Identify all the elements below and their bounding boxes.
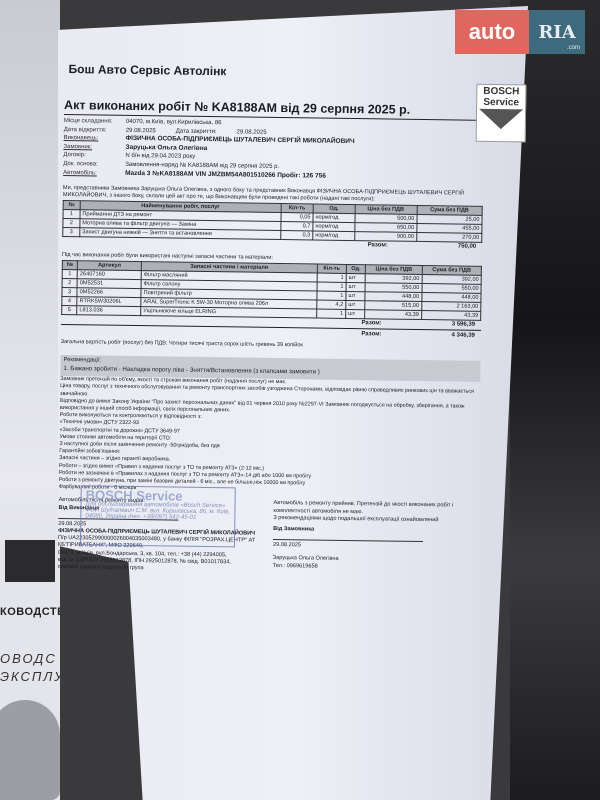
executor-tax: платник єдиного податку ІІІ група <box>58 564 263 574</box>
bosch-emblem-icon <box>479 109 523 130</box>
table-cell: шт <box>346 283 366 292</box>
watermark-ria: RIA.com <box>529 10 585 54</box>
table-cell: 1 <box>317 282 346 291</box>
table-cell: 4 <box>62 297 77 306</box>
works-table: №Найменування робіт, послугКіл-тьОд.Ціна… <box>62 200 482 243</box>
table-cell: 900,00 <box>354 232 416 242</box>
table-cell: 0,7 <box>281 222 313 231</box>
table-cell: шт <box>346 274 366 283</box>
terms-list: Замовник претензій по об'єму, якості та … <box>59 376 481 497</box>
company-name: Бош Авто Сервіс Автолінк <box>68 62 484 82</box>
table-cell: 1 <box>63 210 80 219</box>
column-header: Кіл-ть <box>317 264 346 273</box>
table-cell: 43,39 <box>421 311 480 321</box>
table-cell: 0,05 <box>281 213 313 222</box>
parts-table: №АртикулЗапасні частини і матеріалиКіл-т… <box>61 260 482 321</box>
table-cell: 1 <box>316 309 345 318</box>
customer-date: 29.08.2025 <box>273 542 478 552</box>
table-cell: 1 <box>317 273 346 282</box>
logo-line2: Service <box>477 97 525 109</box>
table-cell: 3 <box>62 288 77 297</box>
table-cell: 2 <box>63 219 80 228</box>
table-cell: 43,39 <box>365 310 421 320</box>
table-cell: L813.036 <box>77 306 141 316</box>
acquainted-text: З рекомендаціями щодо подальшої експлуат… <box>273 515 478 525</box>
watermark-auto: auto <box>455 10 529 54</box>
column-header: № <box>62 261 77 270</box>
table-cell: 2 <box>62 279 77 288</box>
table-cell: норм/год <box>313 231 355 241</box>
manual-subtitle: ОВОДС ЭКСПЛУАТА <box>0 650 60 686</box>
table-cell: 1 <box>317 291 346 300</box>
manual-logo-block <box>5 540 55 582</box>
table-cell: 3 <box>63 228 80 237</box>
table-cell: Ущільнююче кільце ELRING <box>141 307 317 318</box>
autoria-watermark: auto RIA.com <box>455 10 590 54</box>
manual-car-image <box>0 700 60 800</box>
column-header: № <box>63 201 80 210</box>
document-meta: Місце складання:04070, м.Київ, вул.Кирил… <box>63 117 484 183</box>
act-document: Бош Авто Сервіс Автолінк Акт виконаних р… <box>58 40 485 577</box>
table-cell: шт <box>346 292 366 301</box>
bosch-service-logo: BOSCH Service <box>476 84 527 143</box>
table-cell: 1 <box>62 270 77 279</box>
customer-phone: Тел.: 0969619658 <box>273 563 478 573</box>
table-cell: 0,3 <box>280 231 312 240</box>
column-header: Кіл-ть <box>281 204 313 213</box>
manual-title: КОВОДСТВО <box>0 606 60 618</box>
owner-manual-booklet: КОВОДСТВО ОВОДС ЭКСПЛУАТА <box>0 540 60 800</box>
customer-from: Від Замовника <box>273 526 478 536</box>
table-cell: 4,2 <box>317 300 346 309</box>
column-header: Од. <box>346 265 366 274</box>
table-cell: 270,00 <box>416 233 481 243</box>
table-cell: 5 <box>62 306 77 315</box>
logo-line1: BOSCH <box>477 87 525 98</box>
stamp-text: Для обслуговування автомобілів «Bosch Se… <box>85 501 230 521</box>
table-cell: шт <box>346 310 366 319</box>
meta-label: Автомобіль: <box>63 169 125 178</box>
table-cell: шт <box>346 301 366 310</box>
company-stamp: BOSCH Service Для обслуговування автомоб… <box>80 485 236 547</box>
total-in-words: Загальна вартість робіт (послуг) без ПДВ… <box>61 339 481 351</box>
customer-block: Автомобіль з ремонту прийняв. Претензій … <box>273 500 479 577</box>
